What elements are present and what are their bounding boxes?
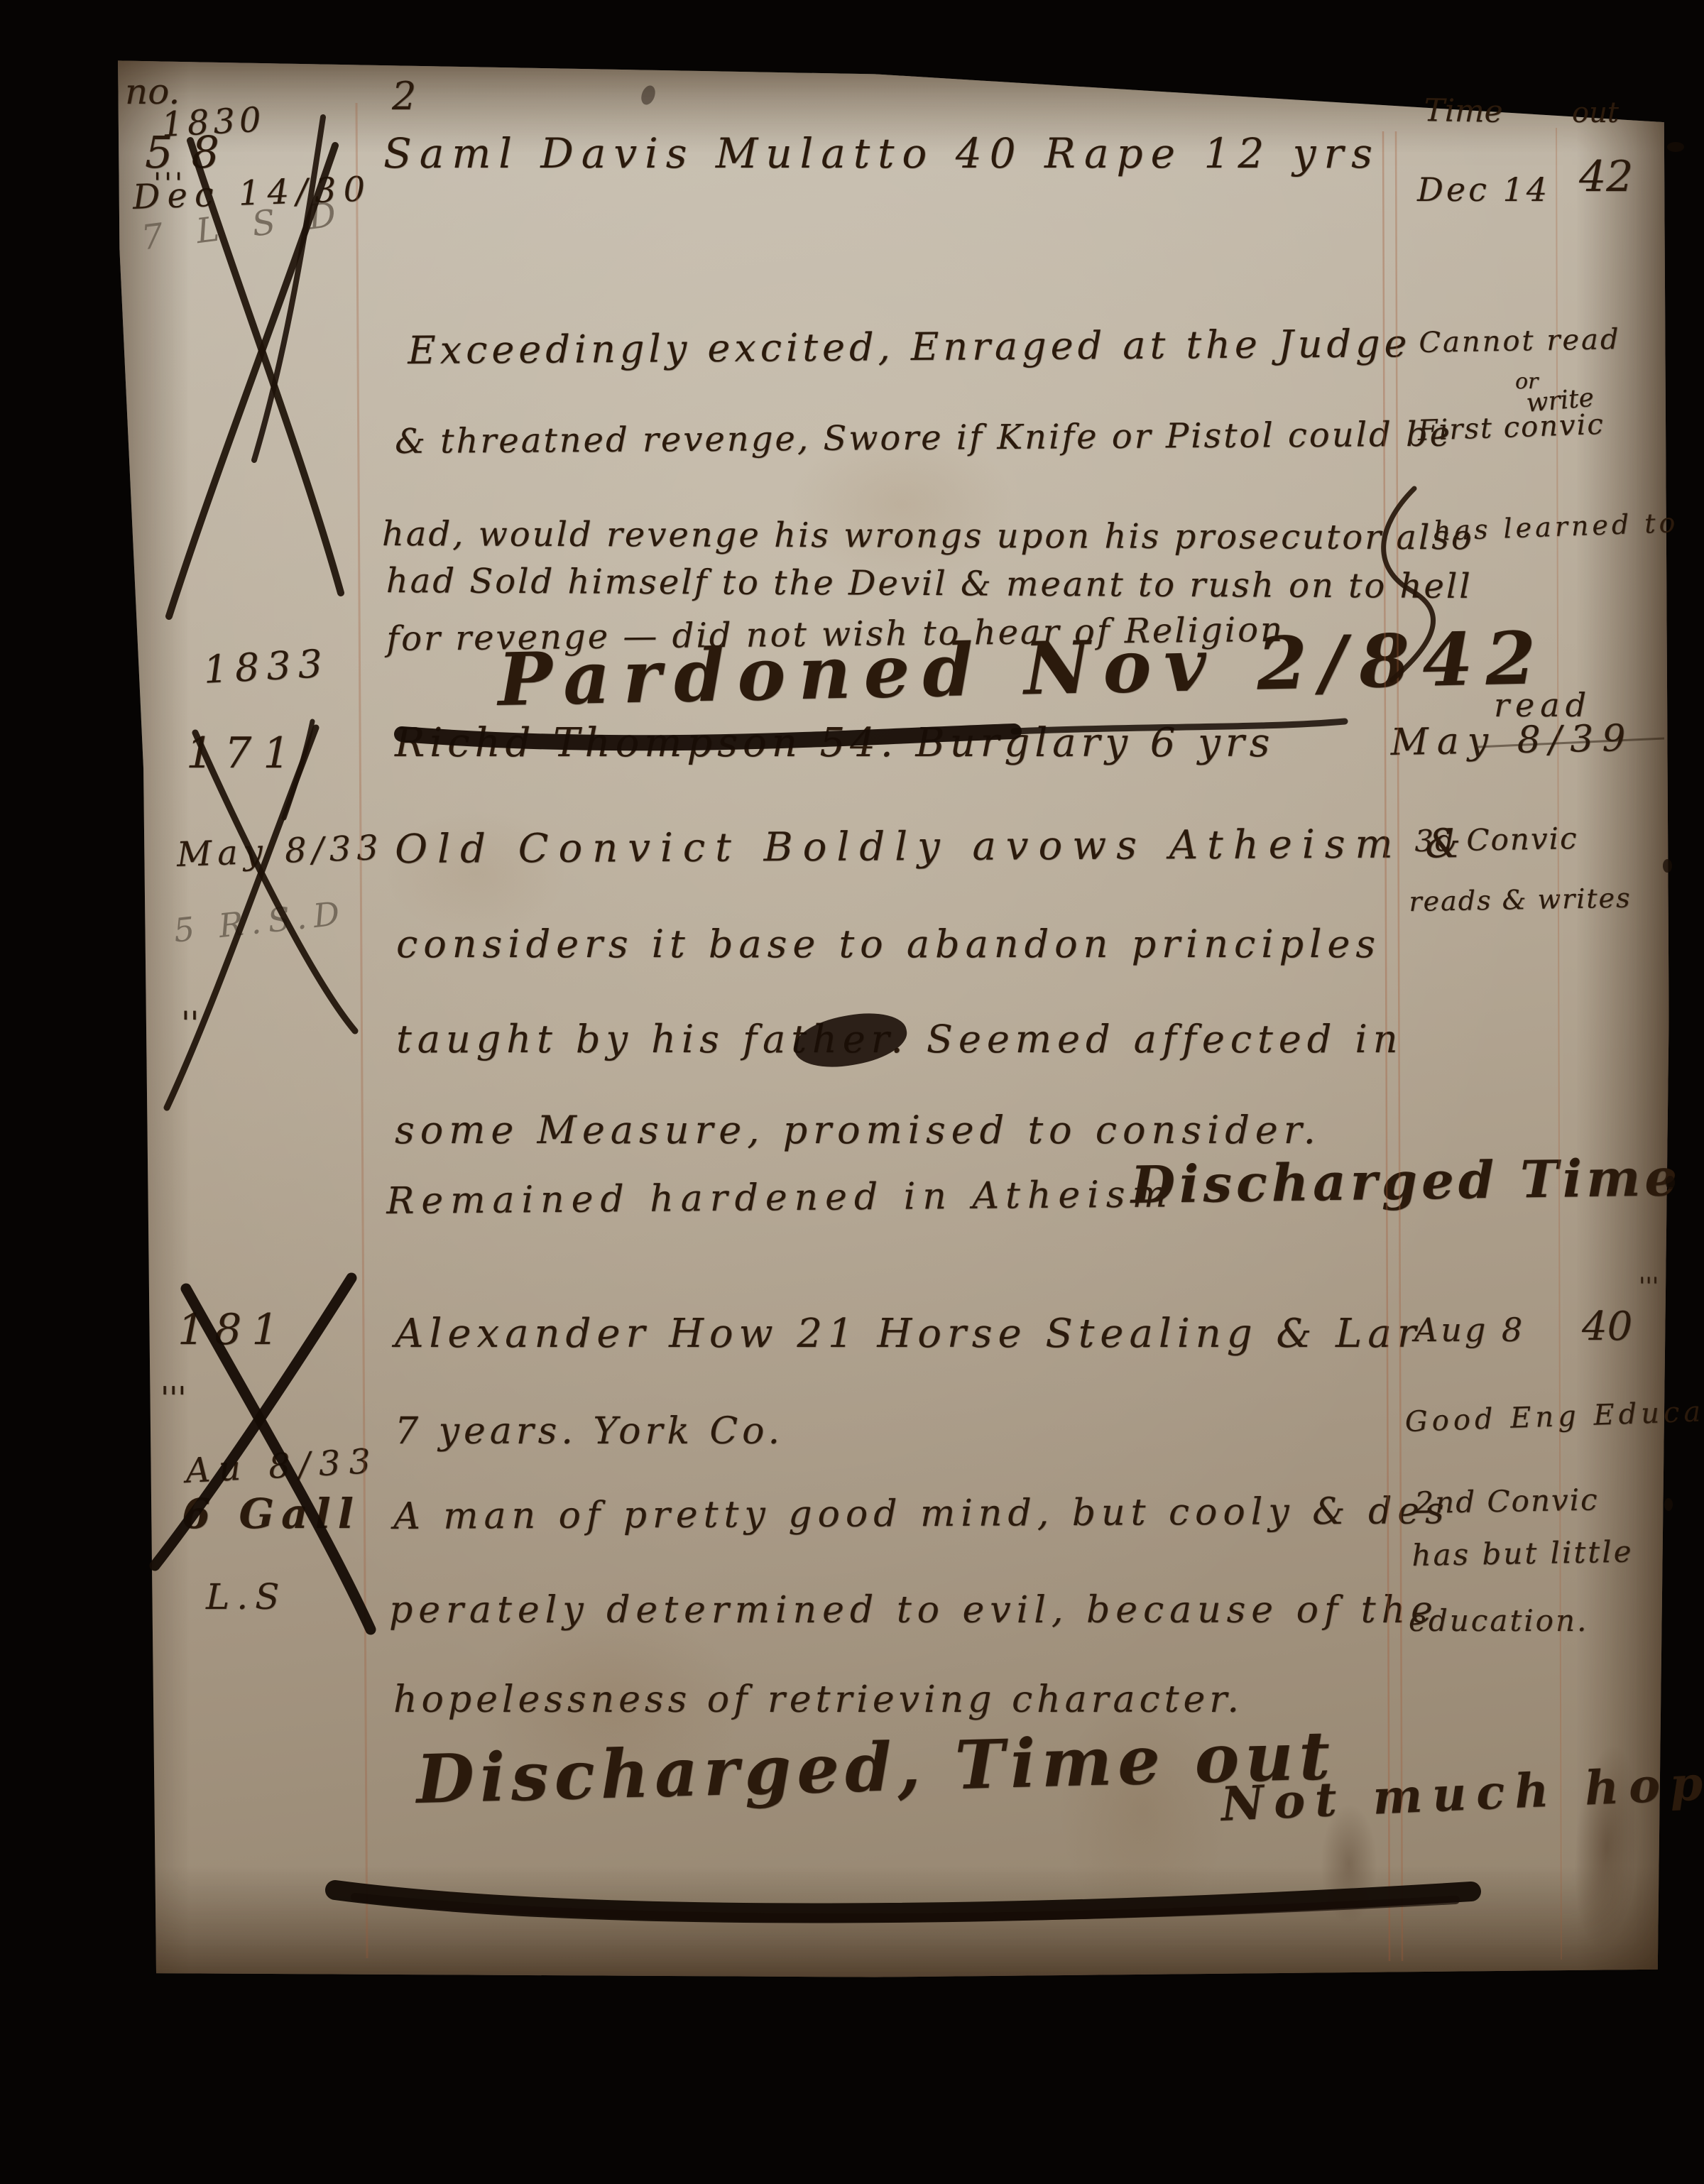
entry3-note-little1: has but little	[1411, 1534, 1634, 1573]
entry3-out-value: 40	[1582, 1304, 1632, 1350]
entry3-body-line: hopelessness of retrieving character.	[393, 1678, 1243, 1721]
stitch-hole	[1663, 859, 1672, 873]
entry3-body-line: perately determined to evil, because of …	[389, 1589, 1438, 1632]
entry1-body-line: had Sold himself to the Devil & meant to…	[386, 561, 1473, 606]
entry2-margin-number: 171	[186, 728, 302, 778]
entry2-note-literacy: reads & writes	[1409, 883, 1632, 917]
entry1-title-line: Saml Davis Mulatto 40 Rape 12 yrs	[383, 129, 1380, 178]
entry1-out-value: 42	[1579, 152, 1633, 202]
entry2-body-line: Old Convict Boldly avows Atheism &	[395, 821, 1470, 873]
entry3-title-line: Alexander How 21 Horse Stealing & Lar	[395, 1311, 1421, 1357]
entry3-body-line: A man of pretty good mind, but cooly & d…	[393, 1490, 1450, 1538]
column-header-time: Time	[1424, 92, 1503, 130]
entry1-body-line: Exceedingly excited, Enraged at the Judg…	[408, 321, 1411, 373]
entry1-note-first-convict: First convic	[1417, 408, 1605, 447]
entry2-body-line: considers it base to abandon principles	[396, 922, 1381, 966]
entry2-title-line: Richd Thompson 54. Burglary 6 yrs	[395, 720, 1274, 766]
entry3-margin-ticks: '''	[160, 1380, 186, 1416]
entry2-margin-date: May 8/33	[176, 828, 385, 875]
entry1-body-line: had, would revenge his wrongs upon his p…	[382, 514, 1474, 557]
entry3-time-value: Aug 8	[1414, 1311, 1525, 1349]
ink-speck	[1667, 142, 1684, 152]
entry2-discharge-date: May 8/39	[1390, 717, 1634, 764]
entry2-margin-ticks: ''	[181, 1004, 199, 1042]
column-header-out: out	[1572, 97, 1619, 129]
entry2-outcome-discharged: Discharged Time out	[1130, 1145, 1704, 1215]
entry1-body-line: & threatned revenge, Swore if Knife or P…	[395, 415, 1452, 462]
entry1-note-cannot-read: Cannot read	[1419, 323, 1621, 359]
entry3-out-ticks: '''	[1639, 1272, 1659, 1301]
entry2-body-line: Remained hardened in Atheism	[386, 1173, 1174, 1223]
entry3-margin-ls-note: L.S	[206, 1576, 286, 1617]
stitch-hole	[1664, 1498, 1673, 1511]
stitch-hole	[1666, 1176, 1675, 1189]
entry3-margin-gall-note: 6 Gall	[182, 1490, 361, 1538]
entry1-time-value: Dec 14	[1417, 170, 1550, 209]
entry3-margin-number: 181	[177, 1305, 289, 1355]
ledger-photo: no. 1830 2 Time out 58 ''' Dec 14/30 7 L…	[0, 0, 1704, 2184]
entry1-margin-year-note: 1833	[202, 641, 330, 692]
entry2-body-line: some Measure, promised to consider.	[395, 1108, 1321, 1152]
entry3-subtitle-line: 7 years. York Co.	[395, 1410, 784, 1453]
page-number: 2	[392, 74, 416, 119]
